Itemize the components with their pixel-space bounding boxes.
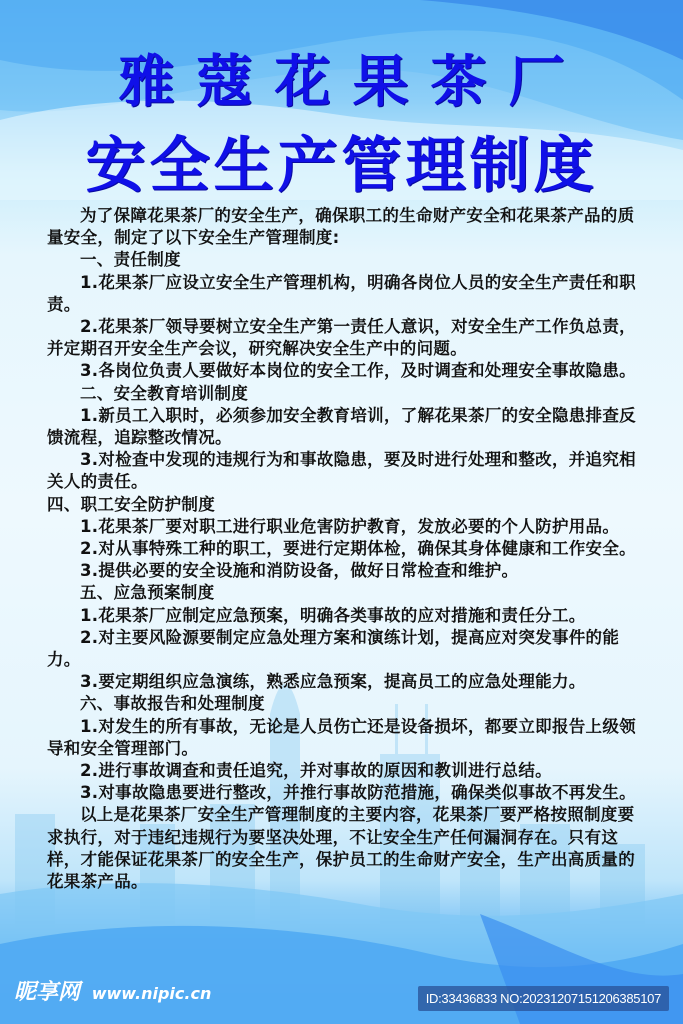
intro-paragraph: 为了保障花果茶厂的安全生产，确保职工的生命财产安全和花果茶产品的质量安全，制定了…	[47, 205, 647, 249]
list-item: 3.对检查中发现的违规行为和事故隐患，要及时进行处理和整改，并追究相关人的责任。	[47, 449, 647, 493]
watermark-url: www.nipic.cn	[92, 984, 212, 1003]
list-item: 3.各岗位负责人要做好本岗位的安全工作，及时调查和处理安全事故隐患。	[47, 360, 647, 382]
list-item: 2.对从事特殊工种的职工，要进行定期体检，确保其身体健康和工作安全。	[47, 538, 647, 560]
list-item: 1.花果茶厂要对职工进行职业危害防护教育，发放必要的个人防护用品。	[47, 516, 647, 538]
watermark-id-badge: ID:33436833 NO:20231207151206385107	[418, 986, 669, 1011]
list-item: 3.要定期组织应急演练，熟悉应急预案，提高员工的应急处理能力。	[47, 671, 647, 693]
section-heading-5: 五、应急预案制度	[47, 582, 647, 604]
list-item: 2.进行事故调查和责任追究，并对事故的原因和教训进行总结。	[47, 760, 647, 782]
watermark-logo-text: 昵享网	[14, 980, 80, 1005]
list-item: 1.新员工入职时，必须参加安全教育培训，了解花果茶厂的安全隐患排查反馈流程，追踪…	[47, 405, 647, 449]
list-item: 2.花果茶厂领导要树立安全生产第一责任人意识，对安全生产工作负总责，并定期召开安…	[47, 316, 647, 360]
policy-body: 为了保障花果茶厂的安全生产，确保职工的生命财产安全和花果茶产品的质量安全，制定了…	[47, 205, 647, 893]
list-item: 1.对发生的所有事故，无论是人员伤亡还是设备损坏，都要立即报告上级领导和安全管理…	[47, 716, 647, 760]
section-heading-2: 二、安全教育培训制度	[47, 383, 647, 405]
section-heading-1: 一、责任制度	[47, 249, 647, 271]
list-item: 1.花果茶厂应制定应急预案，明确各类事故的应对措施和责任分工。	[47, 605, 647, 627]
list-item: 3.提供必要的安全设施和消防设备，做好日常检查和维护。	[47, 560, 647, 582]
list-item: 3.对事故隐患要进行整改，并推行事故防范措施，确保类似事故不再发生。	[47, 782, 647, 804]
closing-paragraph: 以上是花果茶厂安全生产管理制度的主要内容，花果茶厂要严格按照制度要求执行，对于违…	[47, 804, 647, 893]
section-heading-6: 六、事故报告和处理制度	[47, 693, 647, 715]
list-item: 1.花果茶厂应设立安全生产管理机构，明确各岗位人员的安全生产责任和职责。	[47, 272, 647, 316]
watermark-logo: 昵享网 www.nipic.cn	[14, 975, 211, 1006]
list-item: 2.对主要风险源要制定应急处理方案和演练计划，提高应对突发事件的能力。	[47, 627, 647, 671]
poster-title-policy: 安全生产管理制度	[0, 118, 683, 204]
section-heading-4: 四、职工安全防护制度	[47, 494, 647, 516]
poster-title-company: 雅蔻花果茶厂	[0, 38, 683, 118]
